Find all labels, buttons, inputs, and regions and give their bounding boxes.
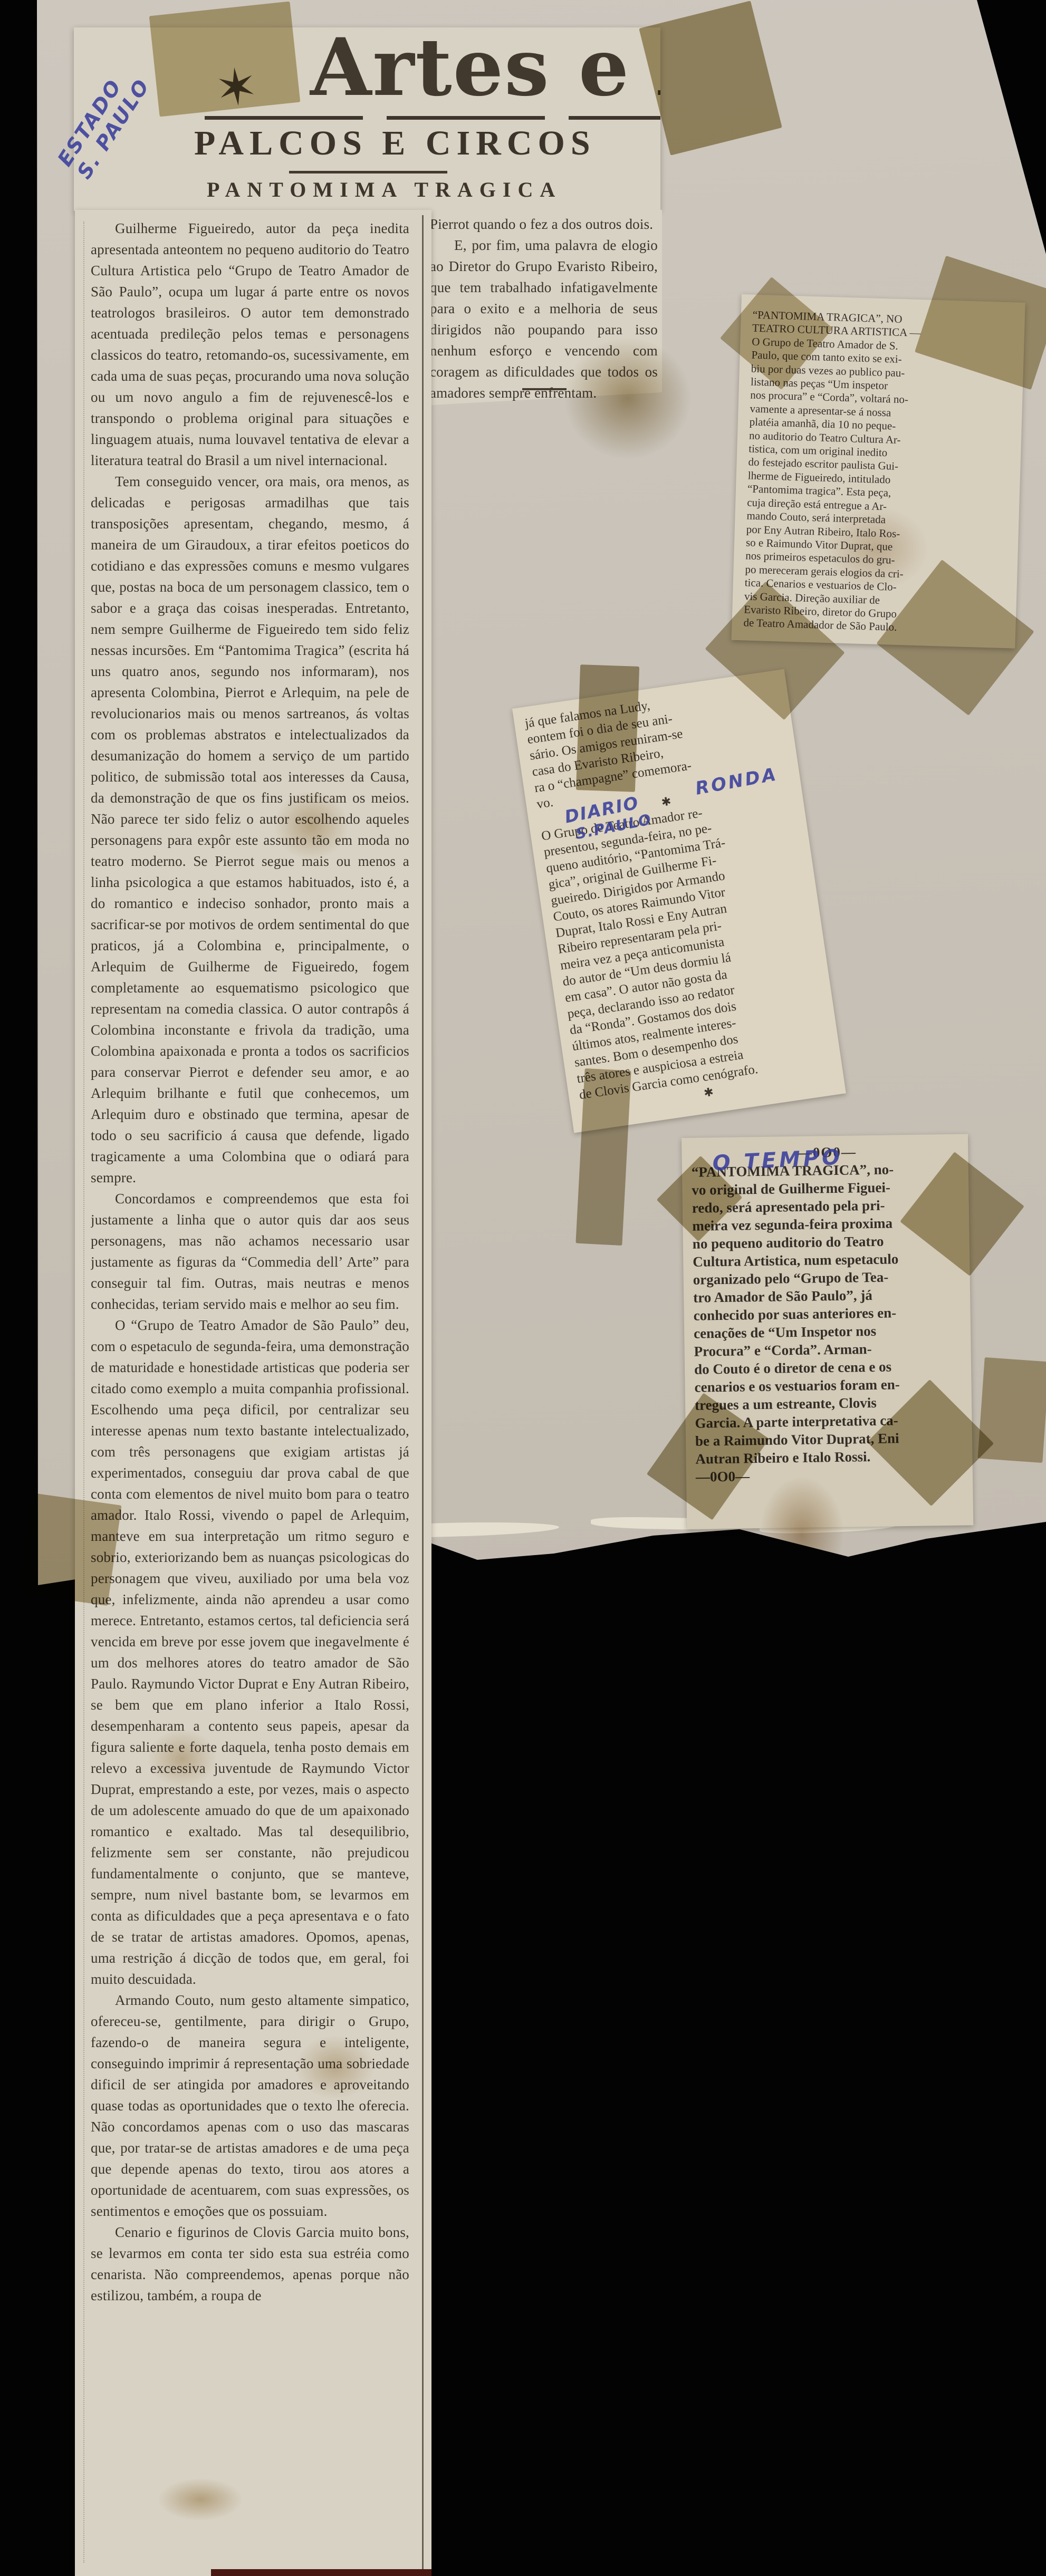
stain [823,506,928,591]
review-left-column-text: Guilherme Figueiredo, autor da peça ined… [91,218,409,2571]
stain [564,337,691,459]
section-rule [289,171,447,173]
review-paragraph: O “Grupo de Teatro Amador de São Paulo” … [91,1315,409,1990]
review-paragraph: Armando Couto, num gesto altamente simpa… [91,1990,409,2222]
tape-piece [575,1068,631,1246]
stain [295,2035,375,2099]
review-continuation: Pierrot quando o fez a dos outros dois. [430,214,658,235]
masthead-rule [205,116,660,120]
review-paragraph: Tem conseguido vencer, ora mais, ora men… [91,471,409,1188]
review-paragraph: Guilherme Figueiredo, autor da peça ined… [91,218,409,471]
stain [274,791,348,860]
column-left-dotted-rule [83,221,84,2563]
tape-piece [17,1493,121,1606]
scan-edge-artifact [211,2569,431,2576]
article-headline: PANTOMIMA TRAGICA [207,177,562,202]
stain [148,1730,216,1788]
tape-piece [576,664,639,792]
scrapbook-scan: ✶ Artes e A PALCOS E CIRCOS PANTOMIMA TR… [0,0,1046,2576]
column-divider-rule [422,215,424,2573]
tape-piece [977,1357,1046,1463]
section-title: PALCOS E CIRCOS [194,123,596,163]
stain [760,1477,844,1593]
tape-piece [149,2,301,117]
review-paragraph: Cenario e figurinos de Clovis Garcia mui… [91,2222,409,2306]
masthead-title: Artes e A [310,27,660,114]
review-paragraph: Concordamos e compreendemos que esta foi… [91,1188,409,1315]
stain [158,2478,243,2521]
end-of-article-rule [522,388,567,390]
